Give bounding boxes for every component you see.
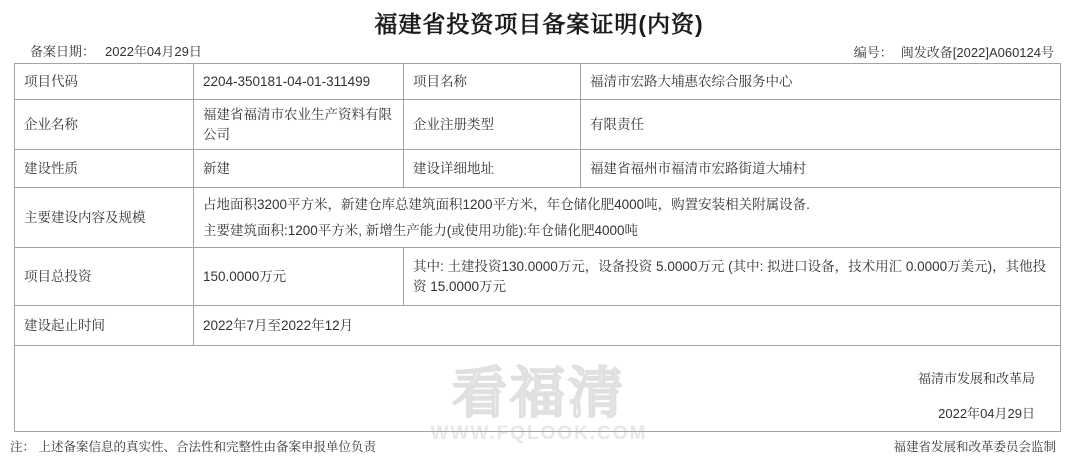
construction-nature-label: 建设性质 (15, 150, 194, 188)
filing-date-value: 2022年04月29日 (105, 44, 202, 59)
construction-content-label: 主要建设内容及规模 (15, 188, 194, 248)
issuing-authority: 福清市发展和改革局 (24, 370, 1035, 389)
table-row: 建设起止时间 2022年7月至2022年12月 (15, 306, 1061, 346)
registration-type-value: 有限责任 (581, 100, 1061, 150)
construction-nature-value: 新建 (194, 150, 404, 188)
certificate-page: 福建省投资项目备案证明(内资) 备案日期：2022年04月29日 编号：闽发改备… (0, 0, 1078, 463)
investment-breakdown-value: 其中: 土建投资130.0000万元，设备投资 5.0000万元 (其中: 拟进… (404, 248, 1061, 306)
total-investment-value: 150.0000万元 (194, 248, 404, 306)
project-name-value: 福清市宏路大埔惠农综合服务中心 (581, 64, 1061, 100)
construction-content-line2: 主要建筑面积:1200平方米, 新增生产能力(或使用功能):年仓储化肥4000吨 (203, 218, 1051, 244)
table-row: 主要建设内容及规模 占地面积3200平方米，新建仓库总建筑面积1200平方米，年… (15, 188, 1061, 248)
construction-address-label: 建设详细地址 (404, 150, 581, 188)
filing-date: 备案日期：2022年04月29日 (30, 41, 202, 60)
enterprise-name-label: 企业名称 (15, 100, 194, 150)
page-title: 福建省投资项目备案证明(内资) (0, 6, 1078, 39)
certificate-table: 项目代码 2204-350181-04-01-311499 项目名称 福清市宏路… (14, 63, 1061, 432)
construction-content-value: 占地面积3200平方米，新建仓库总建筑面积1200平方米，年仓储化肥4000吨，… (194, 188, 1061, 248)
table-row: 项目总投资 150.0000万元 其中: 土建投资130.0000万元，设备投资… (15, 248, 1061, 306)
registration-type-label: 企业注册类型 (404, 100, 581, 150)
construction-address-value: 福建省福州市福清市宏路街道大埔村 (581, 150, 1061, 188)
enterprise-name-value: 福建省福清市农业生产资料有限公司 (194, 100, 404, 150)
project-name-label: 项目名称 (404, 64, 581, 100)
signature-cell: 福清市发展和改革局 2022年04月29日 (15, 346, 1061, 432)
signature-row: 福清市发展和改革局 2022年04月29日 (15, 346, 1061, 432)
table-row: 建设性质 新建 建设详细地址 福建省福州市福清市宏路街道大埔村 (15, 150, 1061, 188)
construction-period-value: 2022年7月至2022年12月 (194, 306, 1061, 346)
project-code-label: 项目代码 (15, 64, 194, 100)
table-row: 项目代码 2204-350181-04-01-311499 项目名称 福清市宏路… (15, 64, 1061, 100)
footer-supervisor: 福建省发展和改革委员会监制 (893, 437, 1056, 455)
filing-date-label: 备案日期： (30, 44, 95, 59)
document-number-value: 闽发改备[2022]A060124号 (901, 45, 1054, 60)
document-number: 编号：闽发改备[2022]A060124号 (854, 42, 1054, 61)
document-number-label: 编号： (854, 45, 893, 60)
issue-date: 2022年04月29日 (24, 405, 1035, 424)
construction-period-label: 建设起止时间 (15, 306, 194, 346)
footer-note: 注： 上述备案信息的真实性、合法性和完整性由备案申报单位负责 (10, 437, 376, 455)
project-code-value: 2204-350181-04-01-311499 (194, 64, 404, 100)
total-investment-label: 项目总投资 (15, 248, 194, 306)
construction-content-line1: 占地面积3200平方米，新建仓库总建筑面积1200平方米，年仓储化肥4000吨，… (203, 192, 1051, 218)
table-row: 企业名称 福建省福清市农业生产资料有限公司 企业注册类型 有限责任 (15, 100, 1061, 150)
